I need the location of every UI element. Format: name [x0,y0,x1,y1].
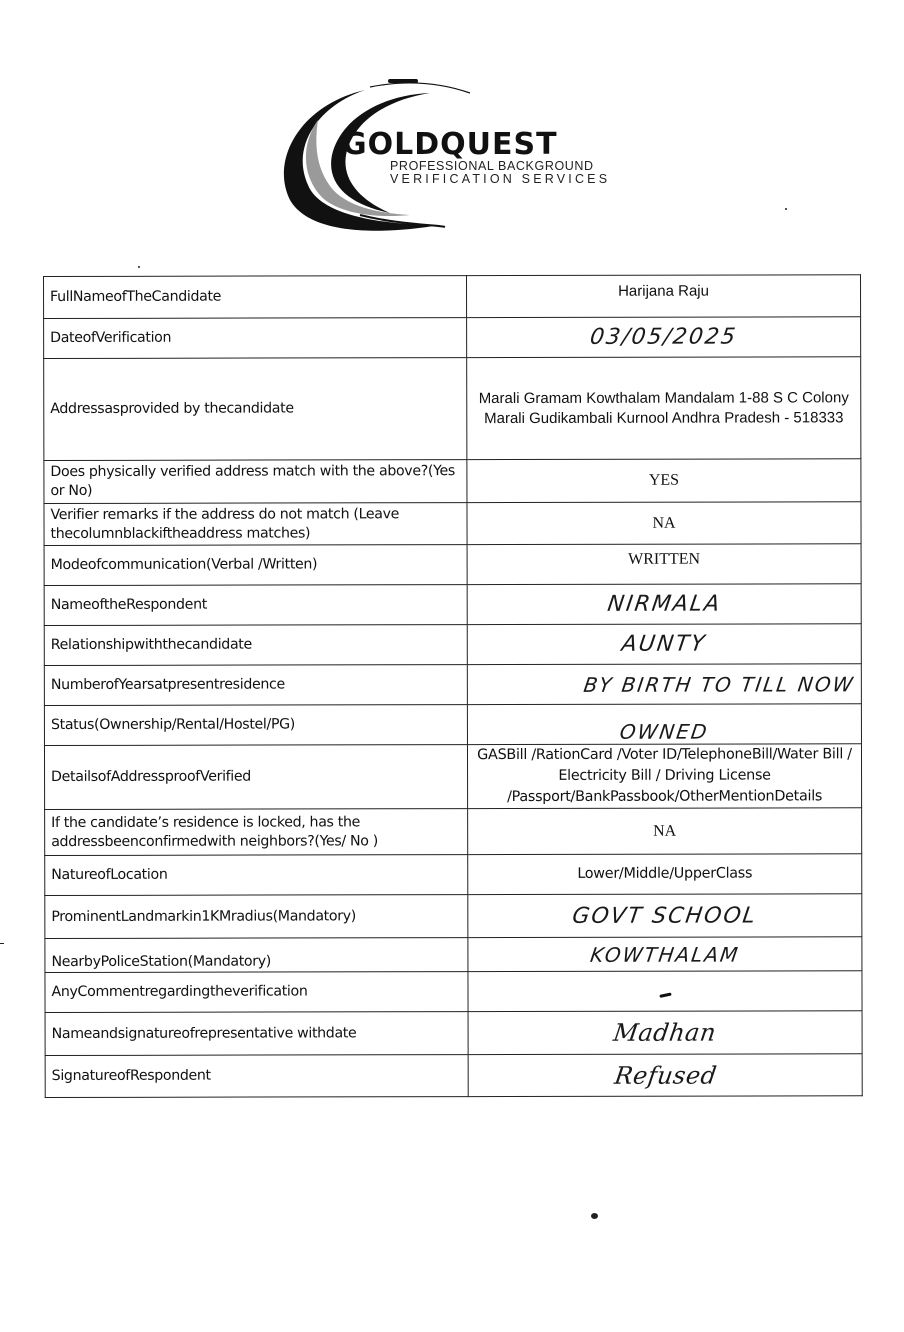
candidate-name-value: Harijana Raju [467,275,861,318]
brand-tagline-line2: VERIFICATION SERVICES [390,172,610,186]
table-row: If the candidate’s residence is locked, … [45,808,862,856]
brand-name: GOLDQUEST [342,127,558,162]
scan-speck [785,208,787,210]
field-label: NumberofYearsatpresentresidence [44,665,467,706]
respondent-name-value: NIRMALA [606,592,723,617]
table-row: DetailsofAddressproofVerified GASBill /R… [44,744,861,810]
table-row: Relationshipwiththecandidate AUNTY [44,624,861,666]
table-row: FullNameofTheCandidate Harijana Raju [44,275,861,319]
table-row: Addressasprovided by thecandidate Marali… [44,357,861,461]
verification-form-table: FullNameofTheCandidate Harijana Raju Dat… [43,274,863,1098]
neighbor-confirmation-value: NA [468,808,862,855]
field-label: ProminentLandmarkin1KMradius(Mandatory) [45,895,468,939]
table-row: DateofVerification 03/05/2025 [44,317,861,359]
scan-speck [138,266,140,268]
communication-mode-value: WRITTEN [467,544,861,585]
address-match-value: YES [467,459,861,503]
table-row: NumberofYearsatpresentresidence BY BIRTH… [44,664,861,706]
field-label: NatureofLocation [45,855,468,896]
field-label: Modeofcommunication(Verbal /Written) [44,545,467,586]
field-label: FullNameofTheCandidate [44,276,467,319]
goldquest-logo: GOLDQUEST PROFESSIONAL BACKGROUND VERIFI… [270,75,650,240]
field-label: SignatureofRespondent [45,1055,468,1098]
table-row: NatureofLocation Lower/Middle/UpperClass [45,854,862,896]
table-row: Modeofcommunication(Verbal /Written) WRI… [44,544,861,586]
field-label: Relationshipwiththecandidate [44,625,467,666]
respondent-signature: Refused [612,1061,718,1089]
field-label: If the candidate’s residence is locked, … [45,809,468,856]
scan-speck [0,943,4,944]
field-label: DateofVerification [44,318,467,359]
table-row: Nameandsignatureofrepresentative withdat… [45,1011,862,1056]
field-label: AnyCommentregardingtheverification [45,972,468,1013]
field-label: DetailsofAddressproofVerified [44,745,467,810]
verification-date-value: 03/05/2025 [588,325,738,350]
table-row: NearbyPoliceStation(Mandatory) KOWTHALAM [45,937,862,973]
field-label: Addressasprovided by thecandidate [44,358,467,461]
table-row: SignatureofRespondent Refused [45,1054,862,1098]
nature-of-location-value: Lower/Middle/UpperClass [468,854,862,895]
field-label: NearbyPoliceStation(Mandatory) [45,938,468,973]
field-label: Verifier remarks if the address do not m… [44,503,467,546]
brand-tagline-line1: PROFESSIONAL BACKGROUND [390,159,594,173]
years-at-residence-value: BY BIRTH TO TILL NOW [583,672,857,697]
table-row: Verifier remarks if the address do not m… [44,502,861,546]
representative-signature: Madhan [612,1019,718,1047]
field-label: NameoftheRespondent [44,585,467,626]
table-row: ProminentLandmarkin1KMradius(Mandatory) … [45,894,862,939]
landmark-value: GOVT SCHOOL [571,903,759,928]
field-label: Nameandsignatureofrepresentative withdat… [45,1012,468,1056]
relationship-value: AUNTY [620,632,708,657]
field-label: Does physically verified address match w… [44,460,467,504]
table-row: AnyCommentregardingtheverification [45,971,862,1013]
table-row: Does physically verified address match w… [44,459,861,504]
candidate-address-value: Marali Gramam Kowthalam Mandalam 1-88 S … [467,357,861,460]
table-row: NameoftheRespondent NIRMALA [44,584,861,626]
scan-speck [591,1213,598,1219]
police-station-value: KOWTHALAM [589,942,741,966]
table-row: Status(Ownership/Rental/Hostel/PG) OWNED [44,704,861,746]
field-label: Status(Ownership/Rental/Hostel/PG) [44,705,467,746]
address-proof-value: GASBill /RationCard /Voter ID/TelephoneB… [467,744,861,809]
residence-status-value: OWNED [619,720,711,744]
comment-dash-mark [659,992,671,997]
verifier-remarks-value: NA [467,502,861,545]
